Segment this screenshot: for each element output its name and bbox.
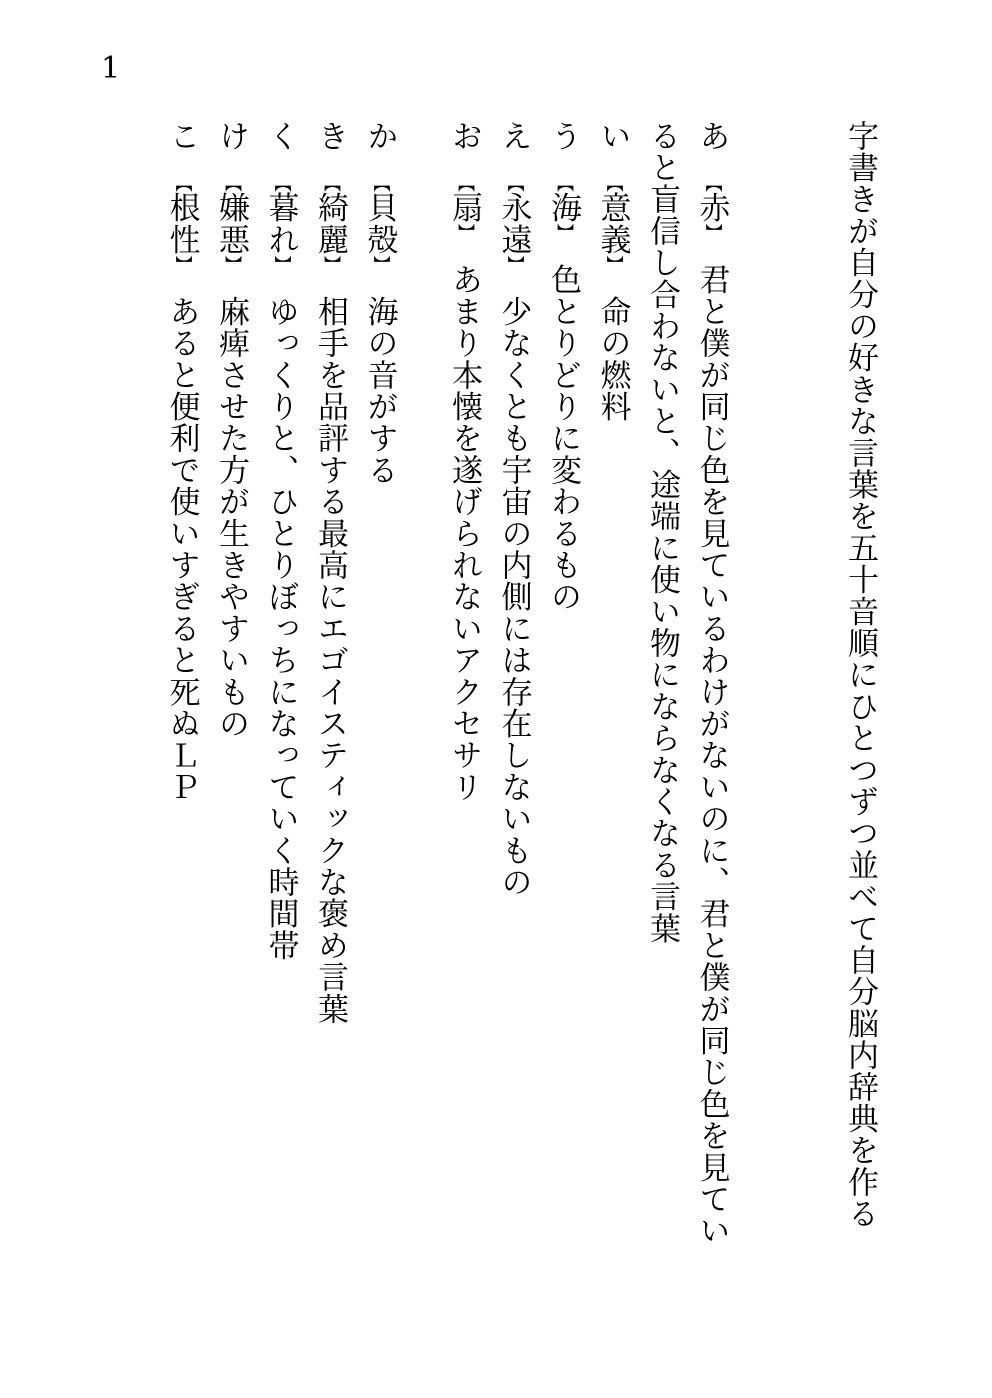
entry-word: 海 [545, 192, 581, 224]
entry-word: 永遠 [496, 192, 532, 255]
dictionary-entry-え: え 【永遠】 少なくとも宇宙の内側には存在しないもの [488, 120, 538, 1265]
entry-close-bracket: 】 [221, 255, 241, 264]
dictionary-entry-く: く 【暮れ】 ゆっくりと、ひとりぼっちになっていく時間帯 [255, 120, 305, 1265]
entry-close-bracket: 】 [454, 224, 474, 233]
entry-open-bracket: 【 [603, 183, 623, 192]
entry-word: 暮れ [263, 192, 299, 255]
entry-word: 意義 [595, 192, 631, 255]
entry-close-bracket: 】 [320, 255, 340, 264]
entry-close-bracket: 】 [603, 255, 623, 264]
dictionary-entry-け: け 【嫌悪】 麻痺させた方が生きやすいもの [206, 120, 256, 1265]
entry-definition: 相手を品評する最高にエゴイスティックな褒め言葉 [312, 296, 348, 1025]
entry-open-bracket: 【 [370, 183, 390, 192]
entry-open-bracket: 【 [320, 183, 340, 192]
entry-kana: く [263, 120, 299, 152]
entry-word: 赤 [694, 192, 730, 224]
entry-kana: い [595, 120, 631, 152]
page-number: 1 [101, 54, 120, 84]
entry-open-bracket: 【 [221, 183, 241, 192]
entry-word: 嫌悪 [213, 192, 249, 255]
dictionary-entry-き: き 【綺麗】 相手を品評する最高にエゴイスティックな褒め言葉 [305, 120, 355, 1265]
entry-word: 根性 [164, 192, 200, 255]
entry-close-bracket: 】 [271, 255, 291, 264]
vertical-text-block: 字書きが自分の好きな言葉を五十音順にひとつずつ並べて自分脳内辞典を作る あ 【赤… [156, 120, 884, 1265]
entry-close-bracket: 】 [370, 255, 390, 264]
document-title: 字書きが自分の好きな言葉を五十音順にひとつずつ並べて自分脳内辞典を作る [835, 120, 885, 1265]
entry-open-bracket: 【 [504, 183, 524, 192]
entry-definition: 命の燃料 [595, 296, 631, 423]
entry-definition: 少なくとも宇宙の内側には存在しないもの [496, 296, 532, 898]
entry-definition: あると便利で使いすぎると死ぬＬＰ [164, 296, 200, 803]
dictionary-entry-お: お 【扇】 あまり本懐を遂げられないアクセサリ [439, 120, 489, 1265]
entry-definition: あまり本懐を遂げられないアクセサリ [446, 264, 482, 803]
entry-kana: え [496, 120, 532, 152]
document-page: 1 字書きが自分の好きな言葉を五十音順にひとつずつ並べて自分脳内辞典を作る あ … [0, 0, 992, 1398]
dictionary-entry-か: か 【貝殻】 海の音がする [354, 120, 404, 1265]
entry-kana: か [362, 120, 398, 152]
entry-open-bracket: 【 [271, 183, 291, 192]
entry-kana: う [545, 120, 581, 152]
entry-kana: き [312, 120, 348, 152]
entry-word: 扇 [446, 192, 482, 224]
entry-close-bracket: 】 [553, 224, 573, 233]
entry-open-bracket: 【 [454, 183, 474, 192]
entry-kana: け [213, 120, 249, 152]
entry-kana: こ [164, 120, 200, 152]
entry-kana: お [446, 120, 482, 152]
dictionary-entry-い: い 【意義】 命の燃料 [587, 120, 637, 1265]
entry-word: 綺麗 [312, 192, 348, 255]
entry-open-bracket: 【 [702, 183, 722, 192]
dictionary-entry-こ: こ 【根性】 あると便利で使いすぎると死ぬＬＰ [156, 120, 206, 1265]
entry-definition: 海の音がする [362, 296, 398, 486]
entry-close-bracket: 】 [172, 255, 192, 264]
dictionary-entry-あ: あ 【赤】 君と僕が同じ色を見ているわけがないのに、君と僕が同じ色を見ていると盲… [637, 120, 736, 1265]
entry-definition: ゆっくりと、ひとりぼっちになっていく時間帯 [263, 296, 299, 962]
entry-open-bracket: 【 [553, 183, 573, 192]
entry-open-bracket: 【 [172, 183, 192, 192]
entry-word: 貝殻 [362, 192, 398, 255]
entry-definition: 君と僕が同じ色を見ているわけがないのに、君と僕が同じ色を見ていると盲信し合わない… [644, 120, 730, 1247]
entry-definition: 麻痺させた方が生きやすいもの [213, 296, 249, 740]
dictionary-entry-う: う 【海】 色とりどりに変わるもの [538, 120, 588, 1265]
entry-definition: 色とりどりに変わるもの [545, 264, 581, 613]
entry-close-bracket: 】 [702, 224, 722, 233]
entry-kana: あ [694, 120, 730, 152]
entry-close-bracket: 】 [504, 255, 524, 264]
